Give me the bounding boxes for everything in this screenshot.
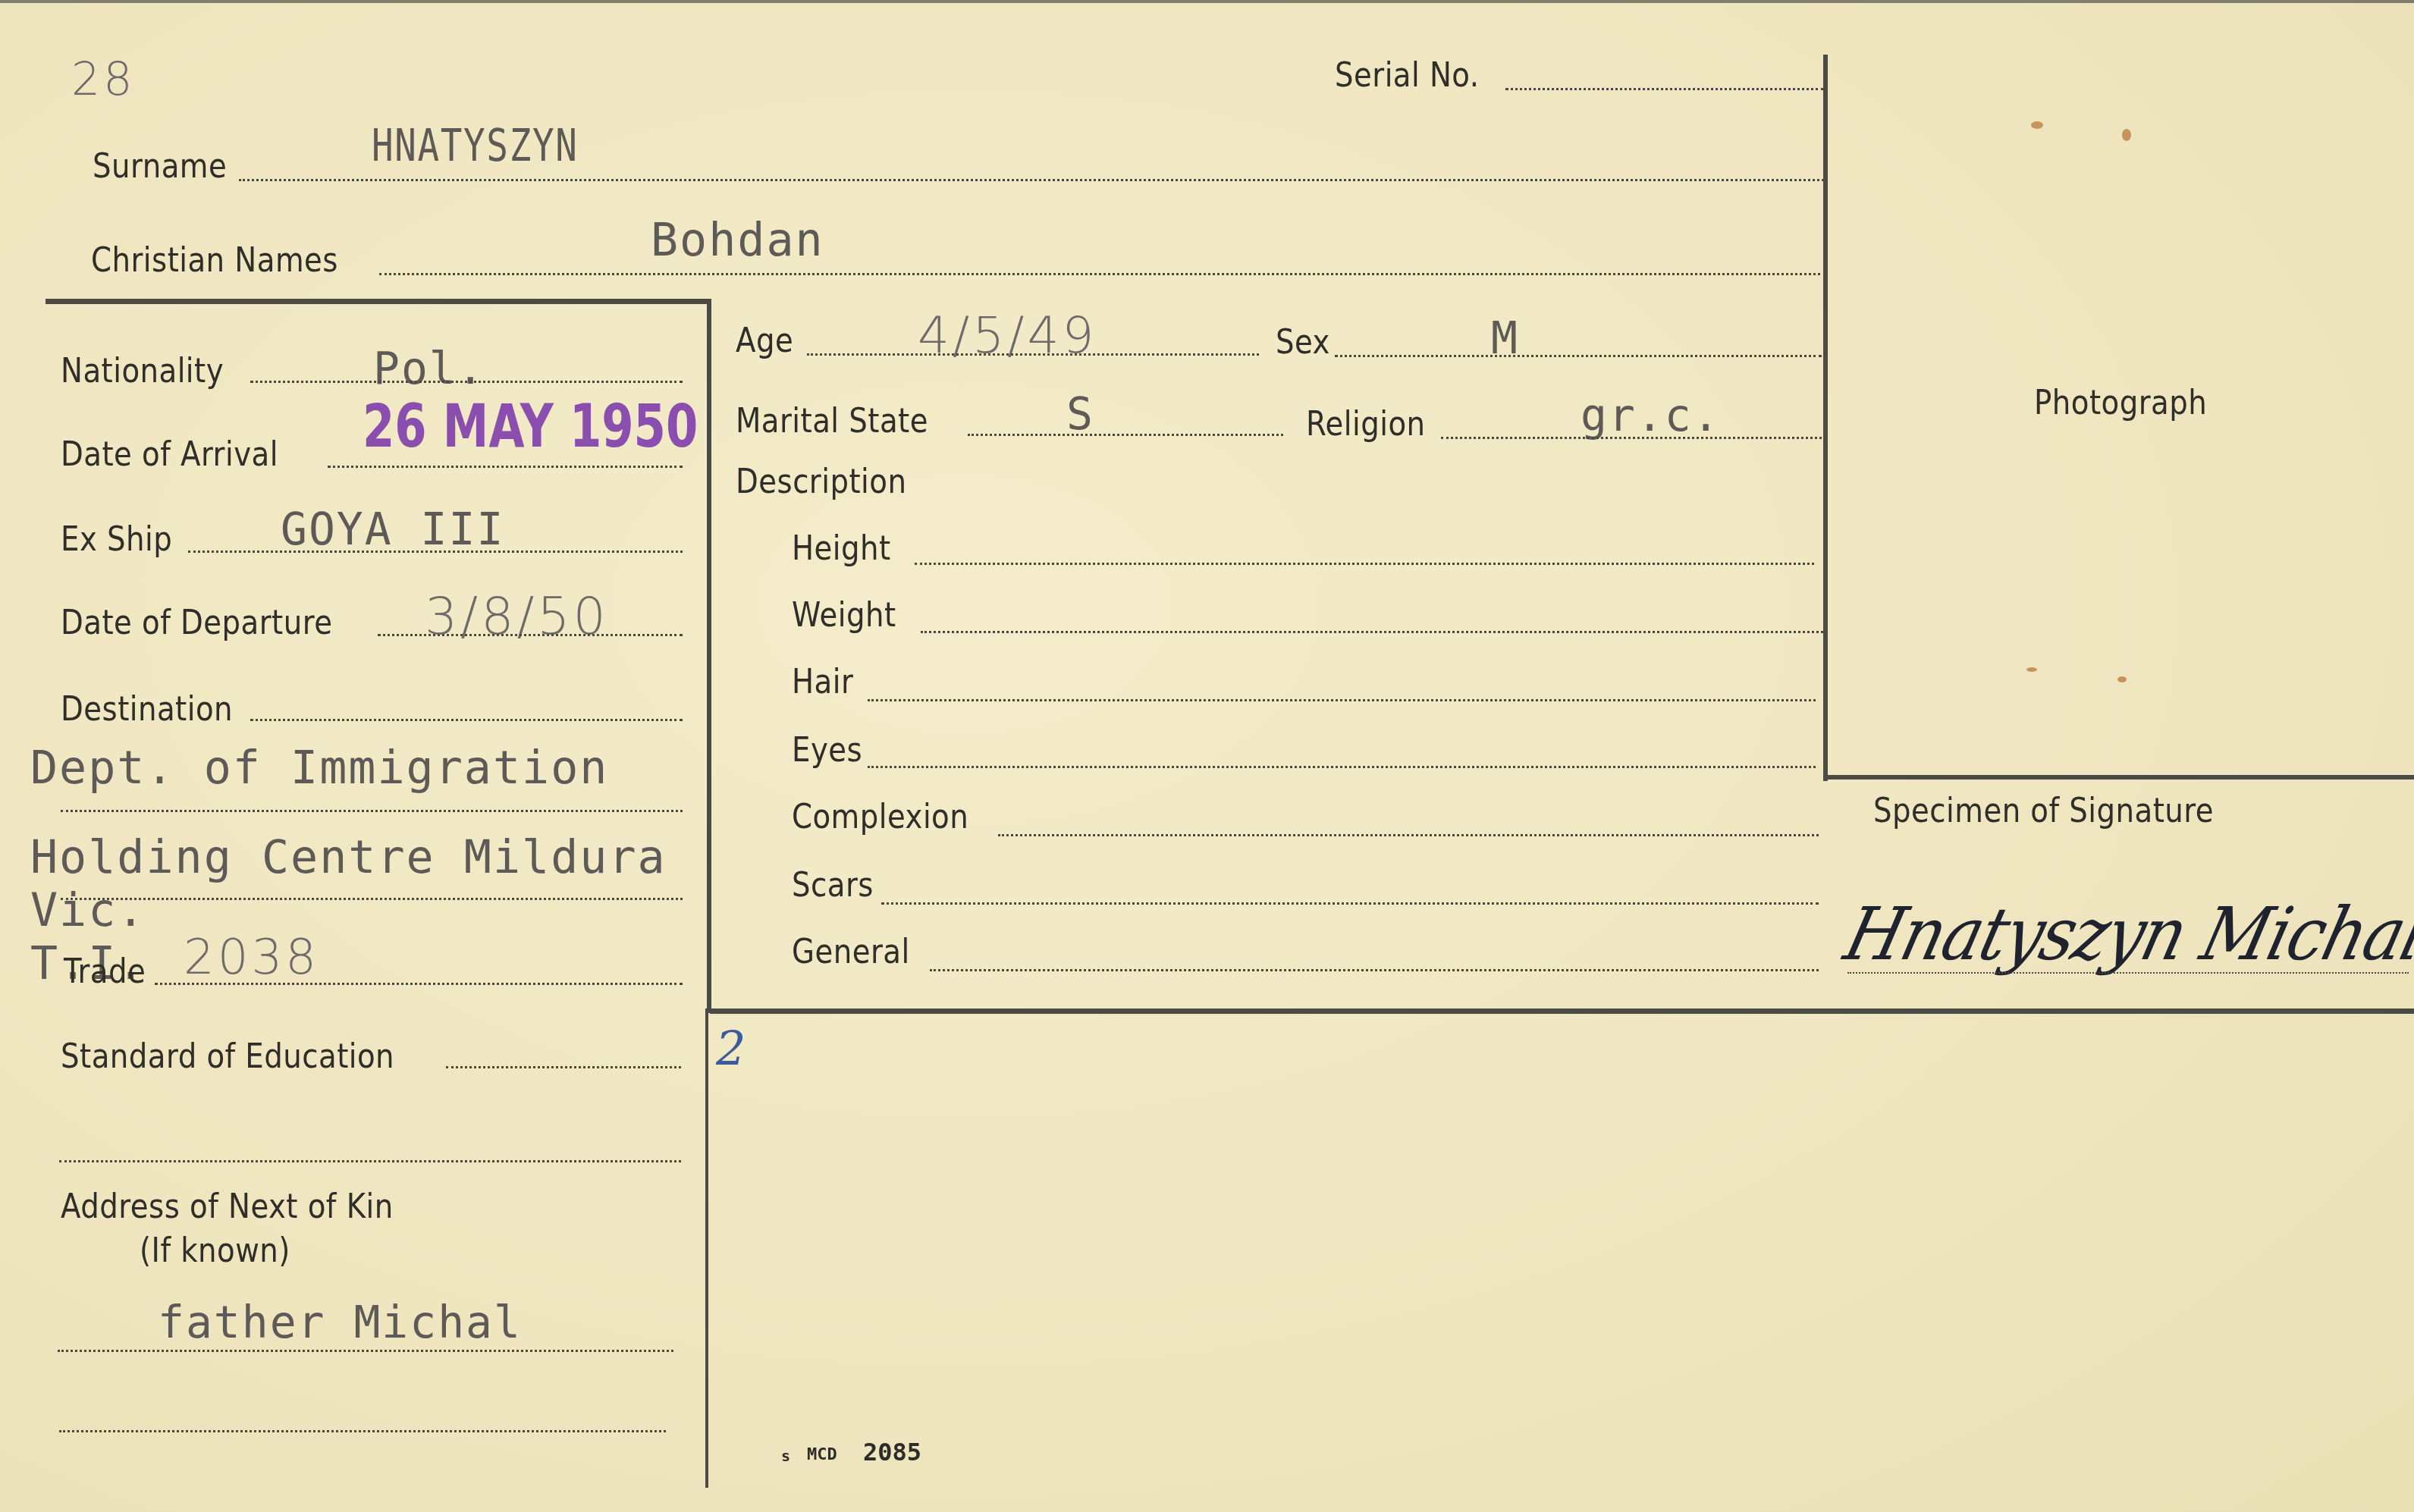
date-of-departure-field[interactable]: [378, 634, 683, 636]
complexion-field[interactable]: [998, 834, 1819, 836]
destination-line-2: Holding Centre Mildura: [30, 831, 667, 884]
serial-no-field[interactable]: [1505, 88, 1824, 90]
date-of-departure-label: Date of Departure: [61, 604, 332, 642]
left-section-top-rule: [46, 299, 711, 304]
left-column-divider-lower: [705, 1009, 708, 1488]
next-of-kin-field-2[interactable]: [59, 1430, 666, 1432]
immigration-record-card: 28 Serial No. Surname HNATYSZYN Christia…: [0, 0, 2414, 1512]
left-column-divider: [707, 299, 711, 1013]
marital-state-field[interactable]: [968, 434, 1283, 436]
signature-field[interactable]: [1847, 972, 2409, 974]
ex-ship-value: GOYA III: [281, 503, 504, 555]
date-of-arrival-field[interactable]: [328, 466, 683, 468]
hair-label: Hair: [792, 663, 853, 701]
height-label: Height: [792, 529, 891, 568]
destination-label: Destination: [61, 690, 233, 729]
print-code-prefix: s: [781, 1447, 790, 1465]
print-code-series: MCD: [807, 1445, 837, 1464]
trade-label: Trade: [64, 952, 146, 991]
eyes-label: Eyes: [792, 731, 862, 770]
standard-of-education-field[interactable]: [446, 1066, 681, 1068]
photograph-label: Photograph: [2034, 384, 2207, 422]
date-of-departure-value: 3/8/50: [425, 587, 609, 647]
standard-of-education-label: Standard of Education: [61, 1037, 394, 1076]
religion-field[interactable]: [1441, 437, 1822, 439]
weight-field[interactable]: [921, 631, 1823, 633]
general-label: General: [792, 933, 910, 971]
date-of-arrival-stamp: 26 MAY 1950: [363, 393, 698, 461]
signature-label: Specimen of Signature: [1873, 792, 2214, 830]
trade-value: 2038: [184, 930, 319, 986]
christian-names-field[interactable]: [379, 273, 1820, 275]
sex-label: Sex: [1276, 323, 1330, 362]
height-field[interactable]: [915, 563, 1814, 565]
surname-value: HNATYSZYN: [372, 120, 578, 171]
card-number: 28: [71, 53, 135, 106]
age-label: Age: [736, 322, 793, 360]
general-field[interactable]: [930, 969, 1819, 971]
next-of-kin-field-1[interactable]: [58, 1350, 673, 1352]
print-code-number: 2085: [863, 1438, 921, 1467]
handwritten-mark: 2: [716, 1021, 746, 1076]
marital-state-value: S: [1066, 388, 1094, 440]
destination-line-1: Dept. of Immigration: [30, 742, 608, 795]
sex-field[interactable]: [1335, 355, 1822, 357]
nationality-value: Pol.: [373, 343, 485, 394]
ex-ship-label: Ex Ship: [61, 520, 172, 559]
standard-of-education-field-2[interactable]: [59, 1160, 681, 1162]
christian-names-label: Christian Names: [91, 241, 338, 280]
destination-field-1[interactable]: [250, 719, 683, 721]
age-field[interactable]: [807, 353, 1259, 356]
scars-field[interactable]: [881, 902, 1819, 905]
card-top-edge: [0, 0, 2414, 3]
hair-field[interactable]: [868, 699, 1816, 701]
next-of-kin-sublabel: (If known): [140, 1231, 290, 1270]
lower-panel-top-rule: [710, 1009, 2414, 1014]
age-value: 4/5/49: [918, 306, 1097, 365]
nationality-label: Nationality: [61, 352, 224, 391]
eyes-field[interactable]: [868, 766, 1816, 768]
ex-ship-field[interactable]: [188, 551, 683, 553]
destination-line-3: Vic.: [30, 884, 146, 937]
nationality-field[interactable]: [250, 381, 683, 383]
date-of-arrival-label: Date of Arrival: [61, 435, 278, 474]
scars-label: Scars: [792, 866, 874, 905]
serial-no-label: Serial No.: [1335, 56, 1480, 95]
destination-field-3[interactable]: [61, 898, 683, 900]
photo-box-bottom-rule: [1823, 775, 2414, 780]
christian-names-value: Bohdan: [651, 214, 824, 267]
trade-field[interactable]: [155, 983, 683, 985]
religion-value: gr.c.: [1581, 390, 1721, 441]
surname-label: Surname: [93, 147, 227, 186]
religion-label: Religion: [1306, 405, 1426, 444]
complexion-label: Complexion: [792, 798, 968, 836]
marital-state-label: Marital State: [736, 402, 928, 441]
destination-field-2[interactable]: [61, 810, 683, 812]
next-of-kin-label: Address of Next of Kin: [61, 1187, 394, 1226]
weight-label: Weight: [792, 596, 896, 635]
next-of-kin-value: father Michal: [158, 1297, 522, 1348]
signature-value: Hnatyszyn Michal: [1837, 892, 2414, 977]
description-label: Description: [736, 463, 906, 501]
surname-field[interactable]: [239, 179, 1824, 181]
photo-box-left-rule: [1823, 55, 1828, 781]
